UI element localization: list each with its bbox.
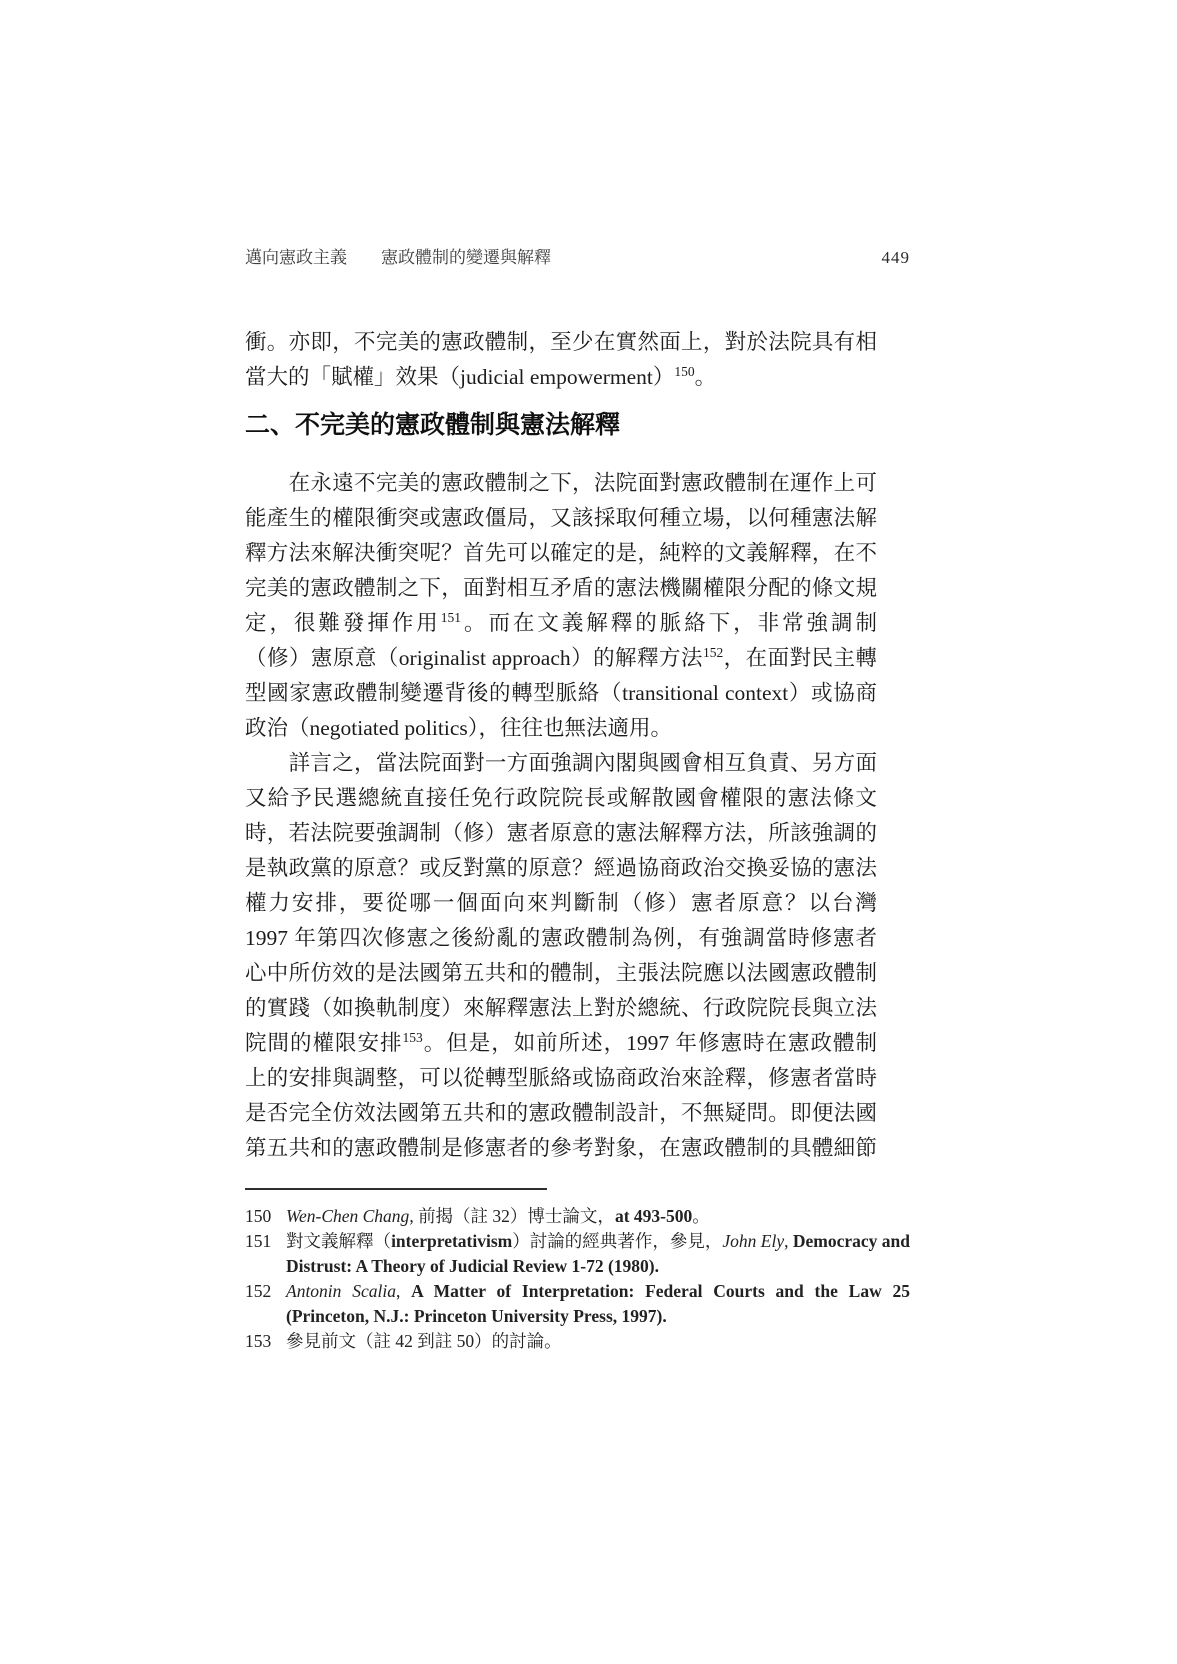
footnote-text: Wen-Chen Chang, 前揭（註 32）博士論文，at 493-500。	[286, 1204, 910, 1229]
footnote-number: 152	[245, 1279, 286, 1329]
text-segment: 院間的權限安排	[245, 1031, 402, 1055]
footnote-number: 153	[245, 1329, 286, 1354]
body-line: 1997 年第四次修憲之後紛亂的憲政體制為例，有強調當時修憲者	[245, 921, 877, 956]
page-number: 449	[882, 247, 911, 269]
footnote: 152Antonin Scalia, A Matter of Interpret…	[245, 1279, 910, 1329]
text-segment: 心中所仿效的是法國第五共和的體制，主張法院應以法國憲政體制	[245, 961, 877, 985]
text-segment: interpretativism	[391, 1231, 512, 1251]
footnote-separator	[245, 1188, 547, 1190]
text-segment: 是否完全仿效法國第五共和的憲政體制設計，不無疑問。即便法國	[245, 1101, 877, 1125]
body-line: 能產生的權限衝突或憲政僵局，又該採取何種立場，以何種憲法解	[245, 501, 877, 536]
text-segment: ,	[784, 1231, 793, 1251]
paragraph: 詳言之，當法院面對一方面強調內閣與國會相互負責、另方面又給予民選總統直接任免行政…	[245, 746, 877, 1166]
document-page: { "colors": { "background": "#ffffff", "…	[0, 0, 1177, 1664]
footnote-text: 對文義解釋（interpretativism）討論的經典著作，參見，John E…	[286, 1229, 910, 1279]
section-heading: 二、不完美的憲政體制與憲法解釋	[245, 408, 877, 442]
text-segment: ）討論的經典著作，參見，	[512, 1231, 722, 1251]
body-line: （修）憲原意（originalist approach）的解釋方法152，在面對…	[245, 641, 877, 676]
text-segment: John Ely	[722, 1231, 784, 1251]
text-segment: 衝。亦即，不完美的憲政體制，至少在實然面上，對於法院具有相	[245, 330, 877, 354]
footnote: 153參見前文（註 42 到註 50）的討論。	[245, 1329, 910, 1354]
text-segment: 第五共和的憲政體制是修憲者的參考對象，在憲政體制的具體細節	[245, 1136, 877, 1160]
footnote-list: 150Wen-Chen Chang, 前揭（註 32）博士論文，at 493-5…	[245, 1204, 910, 1354]
text-segment: 型國家憲政體制變遷背後的轉型脈絡（transitional context）或協…	[245, 681, 877, 705]
text-segment: 參見前文（註 42 到註 50）的討論。	[286, 1331, 562, 1351]
text-segment: 在永遠不完美的憲政體制之下，法院面對憲政體制在運作上可	[245, 471, 877, 495]
body-line: 定，很難發揮作用151。而在文義解釋的脈絡下，非常強調制	[245, 606, 877, 641]
text-segment: 。	[695, 365, 717, 389]
paragraph: 在永遠不完美的憲政體制之下，法院面對憲政體制在運作上可能產生的權限衝突或憲政僵局…	[245, 466, 877, 746]
text-segment: Antonin Scalia	[286, 1281, 396, 1301]
text-segment: 是執政黨的原意？或反對黨的原意？經過協商政治交換妥協的憲法	[245, 856, 877, 880]
text-segment: 能產生的權限衝突或憲政僵局，又該採取何種立場，以何種憲法解	[245, 506, 877, 530]
text-segment: 的實踐（如換軌制度）來解釋憲法上對於總統、行政院院長與立法	[245, 996, 877, 1020]
text-segment: at 493-500	[615, 1206, 692, 1226]
paragraph: 衝。亦即，不完美的憲政體制，至少在實然面上，對於法院具有相當大的「賦權」效果（j…	[245, 325, 877, 395]
text-segment: 又給予民選總統直接任免行政院院長或解散國會權限的憲法條文	[245, 786, 877, 810]
body-line: 詳言之，當法院面對一方面強調內閣與國會相互負責、另方面	[245, 746, 877, 781]
page-body: 邁向憲政主義 憲政體制的變遷與解釋 449 衝。亦即，不完美的憲政體制，至少在實…	[245, 247, 910, 1354]
body-line: 政治（negotiated politics），往往也無法適用。	[245, 711, 877, 746]
running-title: 邁向憲政主義 憲政體制的變遷與解釋	[245, 247, 551, 269]
text-segment: （修）憲原意（originalist approach）的解釋方法	[245, 646, 703, 670]
text-segment: 當大的「賦權」效果（judicial empowerment）	[245, 365, 674, 389]
body-line: 衝。亦即，不完美的憲政體制，至少在實然面上，對於法院具有相	[245, 325, 877, 360]
body-line: 又給予民選總統直接任免行政院院長或解散國會權限的憲法條文	[245, 781, 877, 816]
footnote: 151對文義解釋（interpretativism）討論的經典著作，參見，Joh…	[245, 1229, 910, 1279]
footnote-text: 參見前文（註 42 到註 50）的討論。	[286, 1329, 910, 1354]
text-segment: 定，很難發揮作用	[245, 611, 441, 635]
body-line: 是否完全仿效法國第五共和的憲政體制設計，不無疑問。即便法國	[245, 1096, 877, 1131]
text-segment: ，在面對民主轉	[723, 646, 877, 670]
body-line: 權力安排，要從哪一個面向來判斷制（修）憲者原意？以台灣	[245, 886, 877, 921]
body-line: 上的安排與調整，可以從轉型脈絡或協商政治來詮釋，修憲者當時	[245, 1061, 877, 1096]
text-segment: 。而在文義解釋的脈絡下，非常強調制	[461, 611, 877, 635]
body-line: 第五共和的憲政體制是修憲者的參考對象，在憲政體制的具體細節	[245, 1131, 877, 1166]
footnote-ref: 150	[674, 364, 694, 379]
body-line: 型國家憲政體制變遷背後的轉型脈絡（transitional context）或協…	[245, 676, 877, 711]
footnote-number: 150	[245, 1204, 286, 1229]
body-line: 當大的「賦權」效果（judicial empowerment）150。	[245, 360, 877, 395]
footnote-ref: 151	[441, 610, 461, 625]
body-line: 是執政黨的原意？或反對黨的原意？經過協商政治交換妥協的憲法	[245, 851, 877, 886]
body-line: 在永遠不完美的憲政體制之下，法院面對憲政體制在運作上可	[245, 466, 877, 501]
text-segment: 。但是，如前所述，1997 年修憲時在憲政體制	[423, 1031, 877, 1055]
text-segment: Wen-Chen Chang	[286, 1206, 409, 1226]
footnote-text: Antonin Scalia, A Matter of Interpretati…	[286, 1279, 910, 1329]
text-segment: , 前揭（註 32）博士論文，	[409, 1206, 615, 1226]
footnote-ref: 152	[703, 645, 723, 660]
text-segment: 上的安排與調整，可以從轉型脈絡或協商政治來詮釋，修憲者當時	[245, 1066, 877, 1090]
body-content: 衝。亦即，不完美的憲政體制，至少在實然面上，對於法院具有相當大的「賦權」效果（j…	[245, 269, 877, 1166]
body-line: 心中所仿效的是法國第五共和的體制，主張法院應以法國憲政體制	[245, 956, 877, 991]
text-segment: ,	[396, 1281, 411, 1301]
body-line: 時，若法院要強調制（修）憲者原意的憲法解釋方法，所該強調的	[245, 816, 877, 851]
text-segment: 釋方法來解決衝突呢？首先可以確定的是，純粹的文義解釋，在不	[245, 541, 877, 565]
text-segment: 對文義解釋（	[286, 1231, 391, 1251]
text-segment: 時，若法院要強調制（修）憲者原意的憲法解釋方法，所該強調的	[245, 821, 877, 845]
text-segment: 完美的憲政體制之下，面對相互矛盾的憲法機關權限分配的條文規	[245, 576, 877, 600]
page-header: 邁向憲政主義 憲政體制的變遷與解釋 449	[245, 247, 910, 269]
body-line: 院間的權限安排153。但是，如前所述，1997 年修憲時在憲政體制	[245, 1026, 877, 1061]
body-line: 的實踐（如換軌制度）來解釋憲法上對於總統、行政院院長與立法	[245, 991, 877, 1026]
footnote-number: 151	[245, 1229, 286, 1279]
footnote: 150Wen-Chen Chang, 前揭（註 32）博士論文，at 493-5…	[245, 1204, 910, 1229]
body-line: 完美的憲政體制之下，面對相互矛盾的憲法機關權限分配的條文規	[245, 571, 877, 606]
text-segment: 政治（negotiated politics），往往也無法適用。	[245, 716, 672, 740]
text-segment: 詳言之，當法院面對一方面強調內閣與國會相互負責、另方面	[245, 751, 877, 775]
text-segment: 1997 年第四次修憲之後紛亂的憲政體制為例，有強調當時修憲者	[245, 926, 877, 950]
text-segment: 。	[692, 1206, 710, 1226]
text-segment: 權力安排，要從哪一個面向來判斷制（修）憲者原意？以台灣	[245, 891, 877, 915]
body-line: 釋方法來解決衝突呢？首先可以確定的是，純粹的文義解釋，在不	[245, 536, 877, 571]
footnote-ref: 153	[402, 1030, 422, 1045]
